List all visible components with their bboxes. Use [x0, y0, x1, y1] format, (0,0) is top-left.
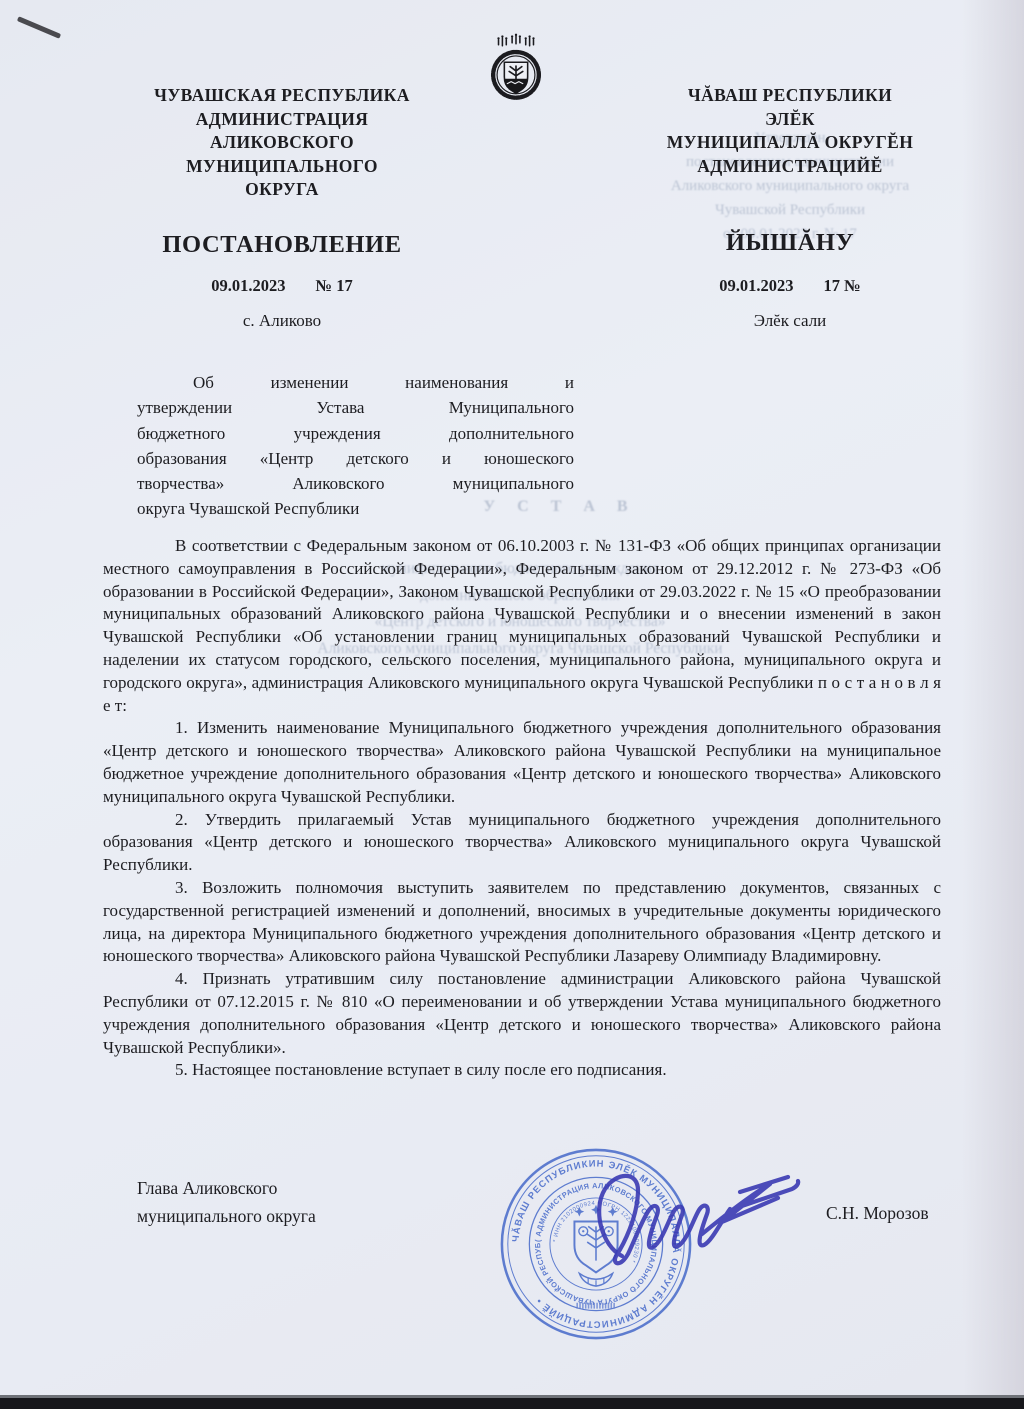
- body-text: В соответствии с Федеральным законом от …: [103, 535, 941, 1082]
- subject-paragraph: Об изменении наименования и утверждении …: [137, 370, 574, 522]
- scan-corner-mark: [17, 16, 61, 39]
- doc-date: 09.01.2023: [719, 276, 793, 296]
- doc-number: 17 №: [824, 276, 861, 296]
- signer-position-line: муниципального округа: [137, 1203, 457, 1231]
- item-4-paragraph: 4. Признать утратившим силу постановлени…: [103, 968, 941, 1059]
- date-number-russian: 09.01.2023 № 17: [92, 276, 472, 296]
- org-line: ЧУВАШСКАЯ РЕСПУБЛИКА: [92, 84, 472, 108]
- preamble-paragraph: В соответствии с Федеральным законом от …: [103, 535, 941, 717]
- item-2-paragraph: 2. Утвердить прилагаемый Устав муниципал…: [103, 809, 941, 877]
- subject-line: Об изменении наименования и: [137, 370, 574, 395]
- svg-text:*: *: [633, 1287, 637, 1297]
- subject-line: округа Чувашской Республики: [137, 496, 574, 521]
- scanned-document-page: ЧУВАШСКАЯ РЕСПУБЛИКА АДМИНИСТРАЦИЯ АЛИКО…: [0, 0, 1024, 1409]
- doc-number: № 17: [316, 276, 353, 296]
- place-chuvash: Элĕк сали: [598, 311, 982, 331]
- item-5-paragraph: 5. Настоящее постановление вступает в си…: [103, 1059, 941, 1082]
- org-line: АДМИНИСТРАЦИЙĔ: [598, 155, 982, 179]
- date-number-chuvash: 09.01.2023 17 №: [598, 276, 982, 296]
- showthrough-line: Чувашской Республики: [598, 198, 982, 222]
- coat-of-arms-icon: [482, 32, 550, 108]
- org-line: ЭЛĔК: [598, 108, 982, 132]
- doc-type-chuvash: ЙЫШĂНУ: [598, 229, 982, 257]
- signer-position-line: Глава Аликовского: [137, 1175, 457, 1203]
- org-line: ОКРУГА: [92, 178, 472, 202]
- subject-line: образования «Центр детского и юношеского: [137, 446, 574, 471]
- org-line: МУНИЦИПАЛЛĂ ОКРУГĔН: [598, 131, 982, 155]
- subject-line: бюджетного учреждения дополнительного: [137, 421, 574, 446]
- signer-position: Глава Аликовского муниципального округа: [137, 1175, 457, 1230]
- place-russian: с. Аликово: [92, 311, 472, 331]
- scan-bottom-edge: [0, 1395, 1024, 1409]
- org-line: АДМИНИСТРАЦИЯ: [92, 108, 472, 132]
- org-name-russian: ЧУВАШСКАЯ РЕСПУБЛИКА АДМИНИСТРАЦИЯ АЛИКО…: [92, 84, 472, 202]
- handwritten-signature: [582, 1158, 882, 1278]
- org-line: АЛИКОВСКОГО: [92, 131, 472, 155]
- doc-date: 09.01.2023: [211, 276, 285, 296]
- doc-type-russian: ПОСТАНОВЛЕНИЕ: [92, 231, 472, 259]
- org-line: МУНИЦИПАЛЬНОГО: [92, 155, 472, 179]
- item-1-paragraph: 1. Изменить наименование Муниципального …: [103, 717, 941, 808]
- org-line: ЧĂВАШ РЕСПУБЛИКИ: [598, 84, 982, 108]
- subject-line: утверждении Устава Муниципального: [137, 395, 574, 420]
- item-3-paragraph: 3. Возложить полномочия выступить заявит…: [103, 877, 941, 968]
- org-name-chuvash: ЧĂВАШ РЕСПУБЛИКИ ЭЛĔК МУНИЦИПАЛЛĂ ОКРУГĔ…: [598, 84, 982, 178]
- svg-text:*: *: [554, 1287, 558, 1297]
- subject-line: творчества» Аликовского муниципального: [137, 471, 574, 496]
